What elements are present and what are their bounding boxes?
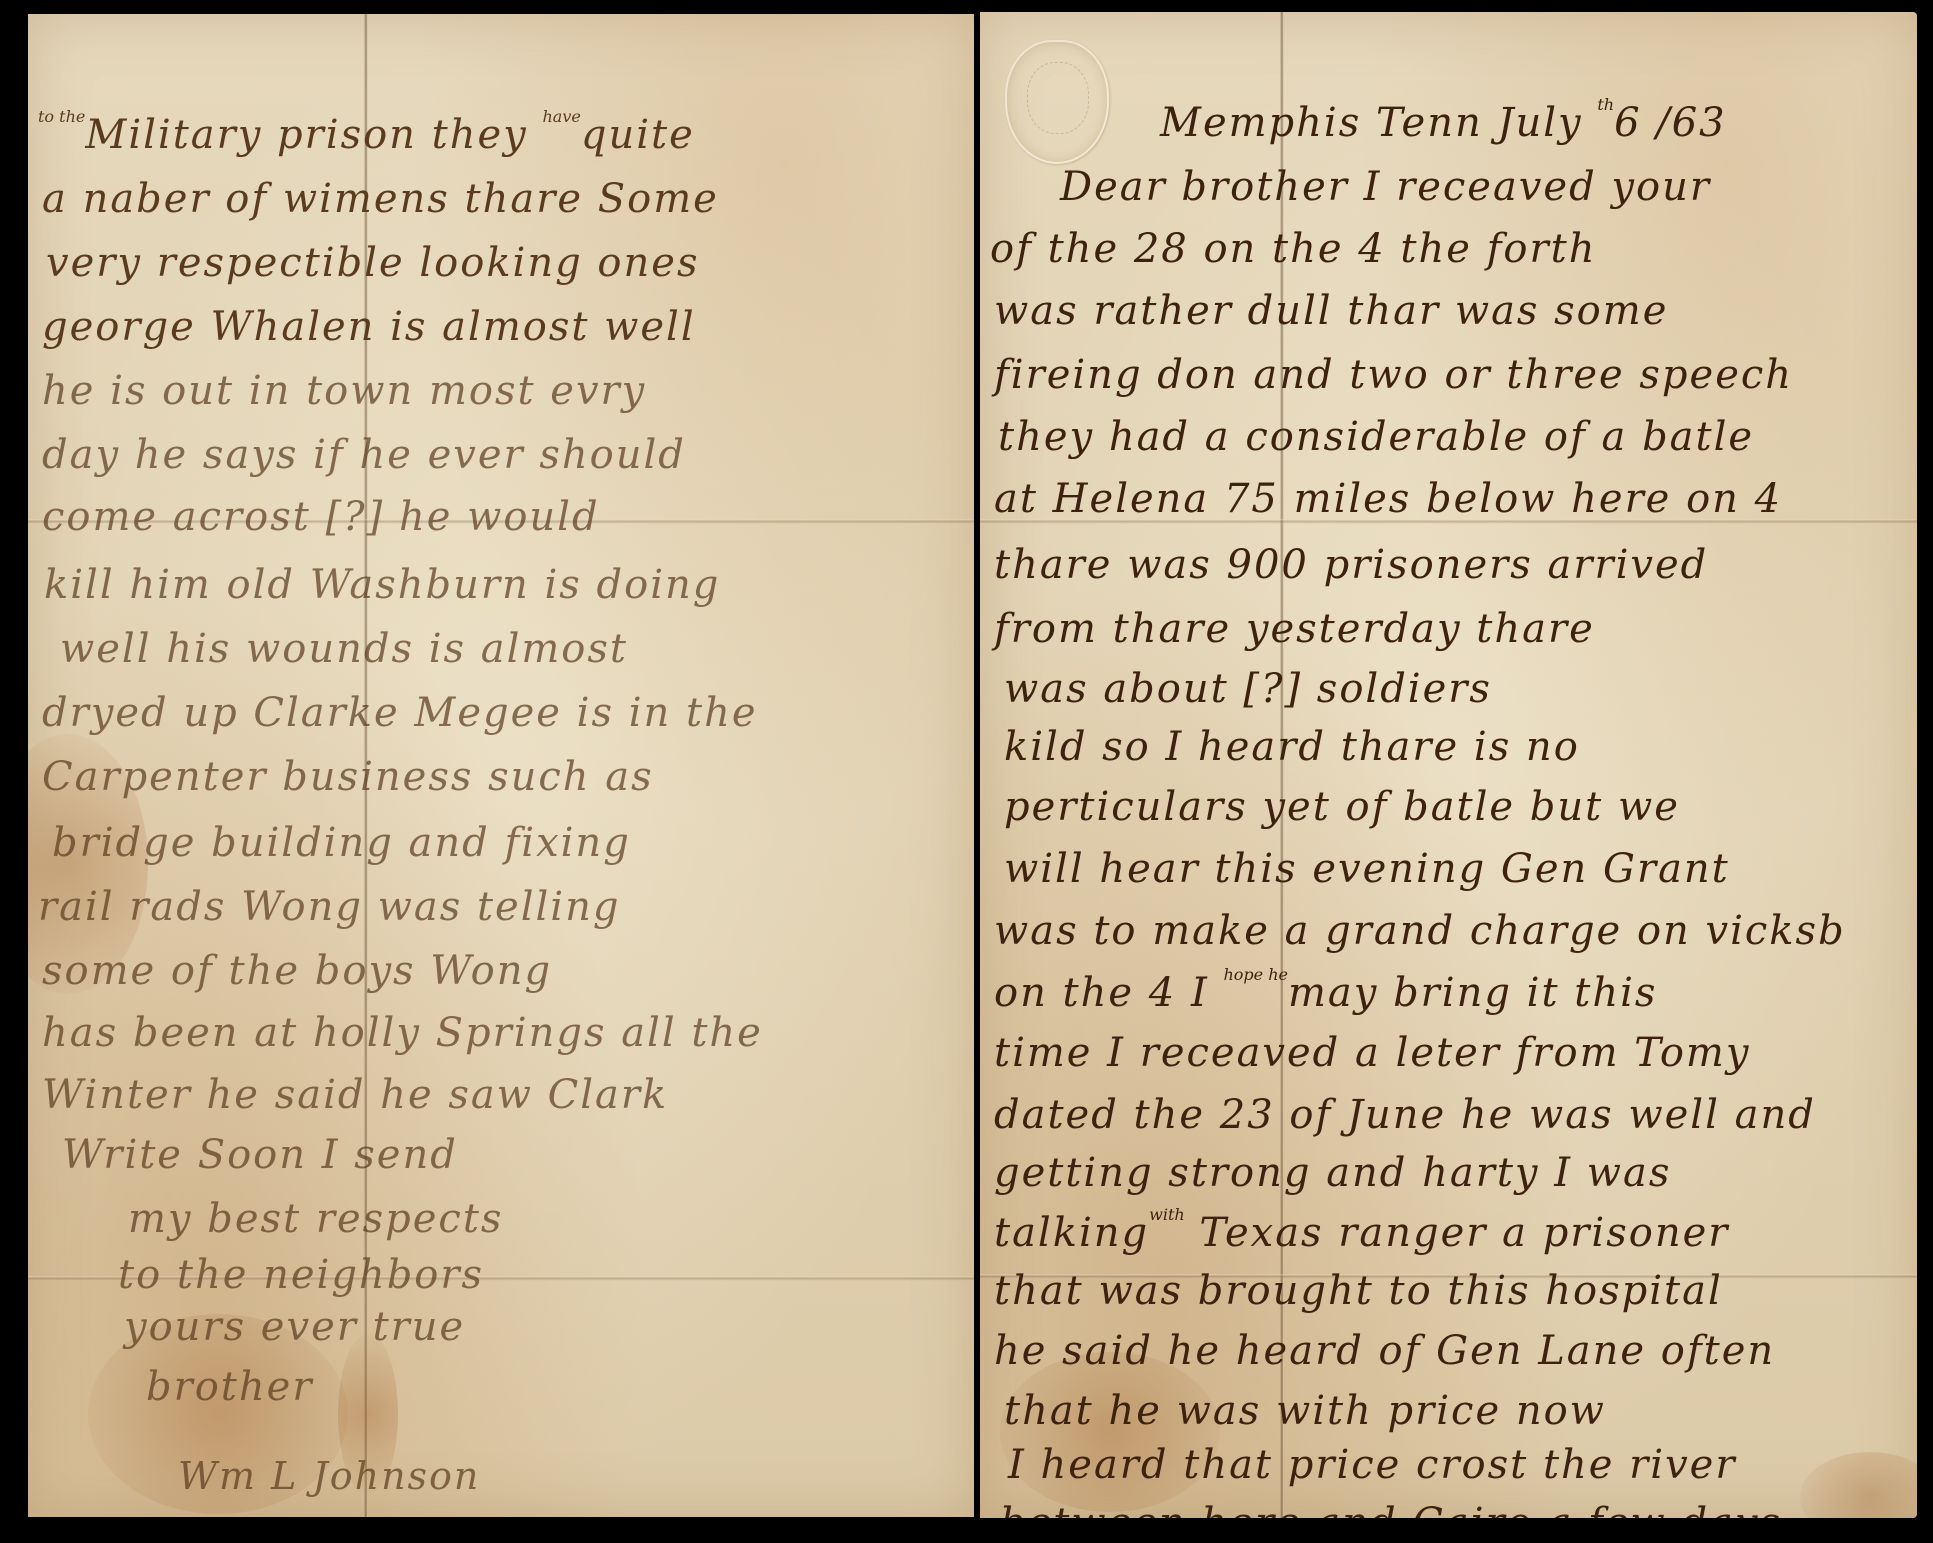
letter-line: of the 28 on the 4 the forth [990, 226, 1596, 272]
letter-line: on the 4 I hope hemay bring it this [994, 970, 1657, 1016]
letter-line: brother [146, 1364, 313, 1410]
letter-line: fireing don and two or three speech [994, 352, 1793, 398]
letter-line: Write Soon I send [62, 1132, 458, 1178]
line-text: 6 /63 [1614, 100, 1727, 146]
letter-line: yours ever true [124, 1304, 465, 1350]
water-stain [1800, 1452, 1917, 1518]
letter-line: dryed up Clarke Megee is in the [42, 690, 758, 736]
letter-line: come acrost [?] he would [42, 494, 600, 540]
letter-line: at Helena 75 miles below here on 4 [994, 476, 1782, 522]
letter-line: he said he heard of Gen Lane often [994, 1328, 1775, 1374]
letter-line-date: Memphis Tenn July th6 /63 [1160, 100, 1727, 146]
letter-line: has been at holly Springs all the [42, 1010, 763, 1056]
line-text: quite [581, 112, 695, 158]
letter-line: Carpenter business such as [42, 754, 654, 800]
letter-line: was rather dull thar was some [994, 288, 1668, 334]
letter-line: my best respects [128, 1196, 503, 1242]
letter-line: was about [?] soldiers [1004, 666, 1492, 712]
letter-line: well his wounds is almost [60, 626, 628, 672]
line-text: may bring it this [1288, 970, 1657, 1016]
letter-line: between here and Cairo a few days [1000, 1500, 1782, 1518]
letter-line: a naber of wimens thare Some [42, 176, 719, 222]
letter-line: thare was 900 prisoners arrived [994, 542, 1708, 588]
letter-line: rail rads Wong was telling [38, 884, 620, 930]
embossed-seal-icon [1005, 40, 1109, 164]
letter-page-right: Memphis Tenn July th6 /63 Dear brother I… [980, 12, 1917, 1518]
letter-line: some of the boys Wong [42, 948, 552, 994]
letter-line: very respectible looking ones [46, 240, 699, 286]
superscript-insertion: with [1149, 1205, 1185, 1224]
line-text: talking [994, 1210, 1149, 1256]
letter-line: that was brought to this hospital [994, 1268, 1723, 1314]
line-text: Texas ranger a prisoner [1199, 1210, 1729, 1256]
letter-line: dated the 23 of June he was well and [994, 1092, 1816, 1138]
letter-line: time I receaved a leter from Tomy [994, 1030, 1750, 1076]
letter-line: that he was with price now [1004, 1388, 1606, 1434]
superscript-insertion: have [542, 107, 580, 126]
signature: Wm L Johnson [178, 1454, 480, 1498]
line-text: Memphis Tenn July [1160, 100, 1583, 146]
letter-line: getting strong and harty I was [994, 1150, 1671, 1196]
letter-line: day he says if he ever should [42, 432, 686, 478]
superscript-insertion: hope he [1223, 965, 1288, 984]
letter-line: to theMilitary prison they havequite [38, 112, 695, 158]
letter-line: to the neighbors [118, 1252, 484, 1298]
letter-line: was to make a grand charge on vicksb [994, 908, 1846, 954]
letter-line: george Whalen is almost well [42, 304, 696, 350]
letter-line: talkingwith Texas ranger a prisoner [994, 1210, 1729, 1256]
line-text: Military prison they [85, 112, 527, 158]
letter-line: from thare yesterday thare [994, 606, 1595, 652]
letter-line: kild so I heard thare is no [1004, 724, 1580, 770]
letter-line-salutation: Dear brother I receaved your [1060, 164, 1711, 210]
superscript-insertion: to the [38, 107, 85, 126]
letter-line: will hear this evening Gen Grant [1004, 846, 1730, 892]
letter-line: perticulars yet of batle but we [1004, 784, 1680, 830]
letter-line: they had a considerable of a batle [998, 414, 1754, 460]
line-text: on the 4 I [994, 970, 1209, 1016]
superscript-insertion: th [1597, 95, 1614, 114]
letter-line: I heard that price crost the river [1008, 1442, 1736, 1488]
letter-line: kill him old Washburn is doing [44, 562, 720, 608]
letter-page-left: to theMilitary prison they havequite a n… [28, 14, 974, 1517]
letter-line: Winter he said he saw Clark [42, 1072, 668, 1118]
letter-line: he is out in town most evry [42, 368, 646, 414]
letter-line: bridge building and fixing [52, 820, 631, 866]
